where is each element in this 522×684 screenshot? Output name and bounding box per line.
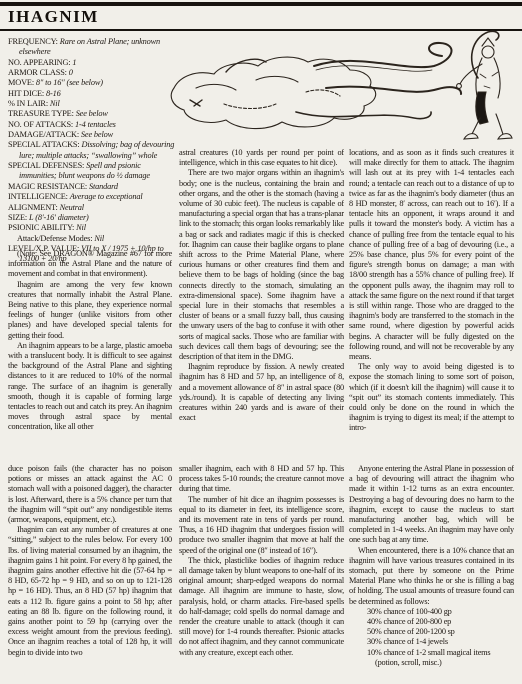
treasure-line: 10% chance of 1-2 small magical items	[349, 648, 514, 658]
stat-label: SPECIAL ATTACKS:	[8, 140, 80, 149]
stat-value: 1-4 tentacles	[75, 120, 116, 129]
stat-attack-defense-modes: Attack/Defense Modes: Nil	[17, 234, 178, 244]
stat-label: ALIGNMENT:	[8, 203, 58, 212]
column-2-lower: smaller ihagnim, each with 8 HD and 57 h…	[179, 464, 344, 682]
stat-label: DAMAGE/ATTACK:	[8, 130, 79, 139]
body-paragraph: locations, and as soon as it finds such …	[349, 148, 514, 362]
stat-damage-attack: DAMAGE/ATTACK: See below	[8, 130, 178, 140]
stat-label: NO. OF ATTACKS:	[8, 120, 73, 129]
body-paragraph: (Note: See DRAGON® Magazine #67 for more…	[8, 249, 172, 280]
top-rule	[0, 2, 522, 6]
stat-label: Attack/Defense Modes:	[17, 234, 92, 243]
column-1-lower: duce poison fails (the character has no …	[8, 464, 172, 682]
body-paragraph: smaller ihagnim, each with 8 HD and 57 h…	[179, 464, 344, 495]
page-title: IHAGNIM	[8, 7, 99, 27]
stat-value: L (8′-16′ diameter)	[29, 213, 89, 222]
stat-label: ARMOR CLASS:	[8, 68, 67, 77]
stat-treasure-type: TREASURE TYPE: See below	[8, 109, 178, 119]
column-2-upper: astral creatures (10 yards per round per…	[179, 148, 344, 460]
stat-label: FREQUENCY:	[8, 37, 58, 46]
treasure-list: 30% chance of 100-400 gp 40% chance of 2…	[349, 607, 514, 668]
treasure-line: 50% chance of 200-1200 sp	[349, 627, 514, 637]
stat-value: Neutral	[60, 203, 84, 212]
monster-manual-page: IHAGNIM	[0, 0, 522, 684]
body-paragraph: There are two major organs within an iha…	[179, 168, 344, 362]
treasure-line: 40% chance of 200-800 ep	[349, 617, 514, 627]
stat-value: Nil	[94, 234, 104, 243]
stat-hit-dice: HIT DICE: 8-16	[8, 89, 178, 99]
warrior-figure	[457, 31, 512, 139]
stat-value: See below	[76, 109, 108, 118]
body-paragraph: Ihagnim can eat any number of creatures …	[8, 525, 172, 658]
column-3-lower: Anyone entering the Astral Plane in poss…	[349, 464, 514, 682]
stat-value: 8″ to 16″ (see below)	[36, 78, 103, 87]
stat-value: Nil	[50, 99, 60, 108]
stat-label: PSIONIC ABILITY:	[8, 223, 74, 232]
stat-value: 1	[72, 58, 76, 67]
stat-label: % IN LAIR:	[8, 99, 48, 108]
stat-psionic-ability: PSIONIC ABILITY: Nil	[8, 223, 178, 233]
stat-special-defenses: SPECIAL DEFENSES: Spell and psionic immu…	[8, 161, 178, 182]
stat-special-attacks: SPECIAL ATTACKS: Dissolving; bag of devo…	[8, 140, 178, 161]
amoeba-blob	[171, 57, 375, 129]
stat-value: 8-16	[46, 89, 61, 98]
stat-intelligence: INTELLIGENCE: Average to exceptional	[8, 192, 178, 202]
stat-alignment: ALIGNMENT: Neutral	[8, 203, 178, 213]
body-paragraph: Anyone entering the Astral Plane in poss…	[349, 464, 514, 546]
ihagnim-illustration	[166, 26, 518, 148]
stat-in-lair: % IN LAIR: Nil	[8, 99, 178, 109]
body-paragraph: An ihagnim appears to be a large, plasti…	[8, 341, 172, 433]
stat-move: MOVE: 8″ to 16″ (see below)	[8, 78, 178, 88]
stat-no-appearing: NO. APPEARING: 1	[8, 58, 178, 68]
stat-value: Standard	[89, 182, 118, 191]
stat-block: FREQUENCY: Rare on Astral Plane; unknown…	[8, 37, 178, 265]
stat-value: Average to exceptional	[70, 192, 143, 201]
body-paragraph: Ihagnim reproduce by fission. A newly cr…	[179, 362, 344, 423]
stat-label: SIZE:	[8, 213, 27, 222]
stat-label: HIT DICE:	[8, 89, 44, 98]
stat-label: MOVE:	[8, 78, 34, 87]
treasure-line: 30% chance of 1-4 jewels	[349, 637, 514, 647]
treasure-line-continuation: (potion, scroll, misc.)	[349, 658, 514, 668]
column-3-upper: locations, and as soon as it finds such …	[349, 148, 514, 460]
stat-label: NO. APPEARING:	[8, 58, 70, 67]
column-1-upper: (Note: See DRAGON® Magazine #67 for more…	[8, 249, 172, 461]
body-paragraph: Ihagnim are among the very few known cre…	[8, 280, 172, 341]
body-paragraph: When encountered, there is a 10% chance …	[349, 546, 514, 607]
stat-no-of-attacks: NO. OF ATTACKS: 1-4 tentacles	[8, 120, 178, 130]
stat-value: See below	[81, 130, 113, 139]
body-paragraph: The only way to avoid being digested is …	[349, 362, 514, 433]
stat-label: SPECIAL DEFENSES:	[8, 161, 84, 170]
stat-label: MAGIC RESISTANCE:	[8, 182, 87, 191]
body-paragraph: The thick, plasticlike bodies of ihagnim…	[179, 556, 344, 658]
stat-frequency: FREQUENCY: Rare on Astral Plane; unknown…	[8, 37, 178, 58]
stat-magic-resistance: MAGIC RESISTANCE: Standard	[8, 182, 178, 192]
stat-label: INTELLIGENCE:	[8, 192, 68, 201]
treasure-line: 30% chance of 100-400 gp	[349, 607, 514, 617]
stat-value: 0	[69, 68, 73, 77]
stat-label: TREASURE TYPE:	[8, 109, 74, 118]
body-paragraph: duce poison fails (the character has no …	[8, 464, 172, 525]
stat-armor-class: ARMOR CLASS: 0	[8, 68, 178, 78]
stat-value: Nil	[76, 223, 86, 232]
stat-size: SIZE: L (8′-16′ diameter)	[8, 213, 178, 223]
body-paragraph: The number of hit dice an ihagnim posses…	[179, 495, 344, 556]
body-paragraph: astral creatures (10 yards per round per…	[179, 148, 344, 168]
